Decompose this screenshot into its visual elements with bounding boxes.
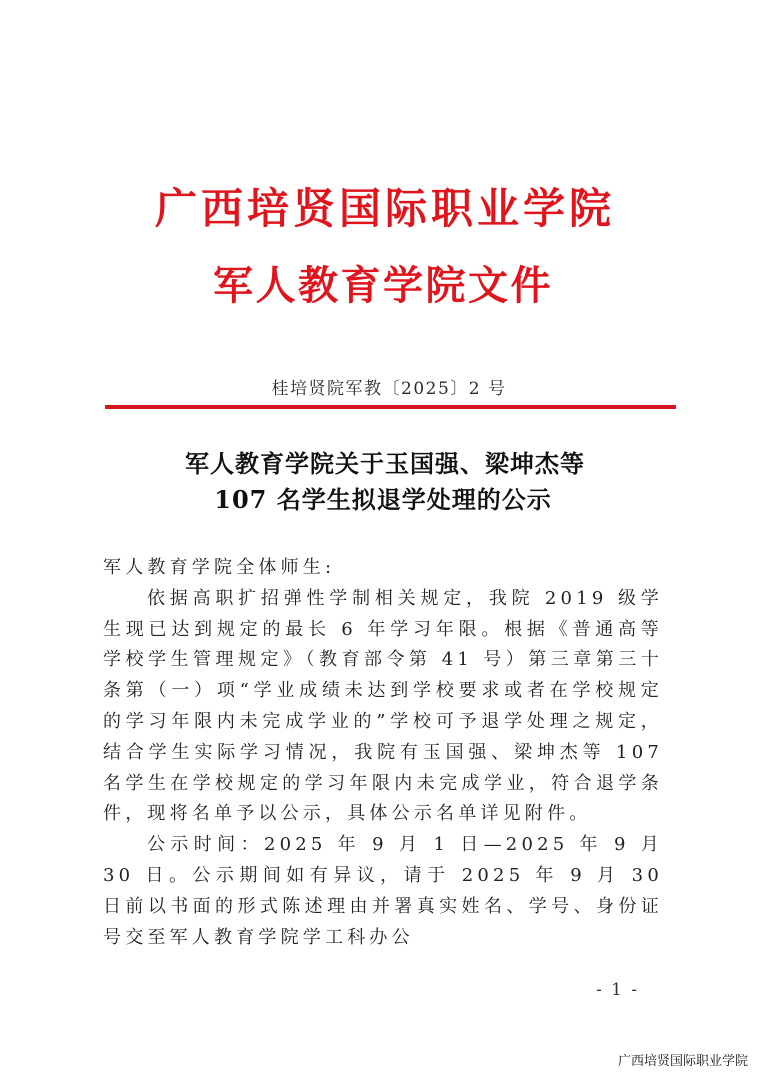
masthead-institution: 广西培贤国际职业学院 bbox=[0, 184, 764, 234]
document-page: 广西培贤国际职业学院 军人教育学院文件 桂培贤院军教〔2025〕2 号 军人教育… bbox=[0, 0, 764, 1080]
red-divider bbox=[105, 405, 676, 409]
document-body: 军人教育学院全体师生: 依据高职扩招弹性学制相关规定，我院 2019 级学生现已… bbox=[103, 553, 663, 953]
document-number: 桂培贤院军教〔2025〕2 号 bbox=[0, 377, 764, 401]
source-watermark: 广西培贤国际职业学院 bbox=[618, 1050, 748, 1069]
salutation: 军人教育学院全体师生: bbox=[103, 553, 663, 584]
body-paragraph: 公示时间：2025 年 9 月 1 日—2025 年 9 月 30 日。公示期间… bbox=[103, 830, 663, 953]
document-title-line-2: 107 名学生拟退学处理的公示 bbox=[0, 482, 764, 518]
page-number: - 1 - bbox=[596, 980, 639, 1000]
masthead-document-type: 军人教育学院文件 bbox=[0, 261, 764, 311]
document-title-line-1: 军人教育学院关于玉国强、梁坤杰等 bbox=[0, 446, 764, 482]
body-paragraph: 依据高职扩招弹性学制相关规定，我院 2019 级学生现已达到规定的最长 6 年学… bbox=[103, 584, 663, 830]
